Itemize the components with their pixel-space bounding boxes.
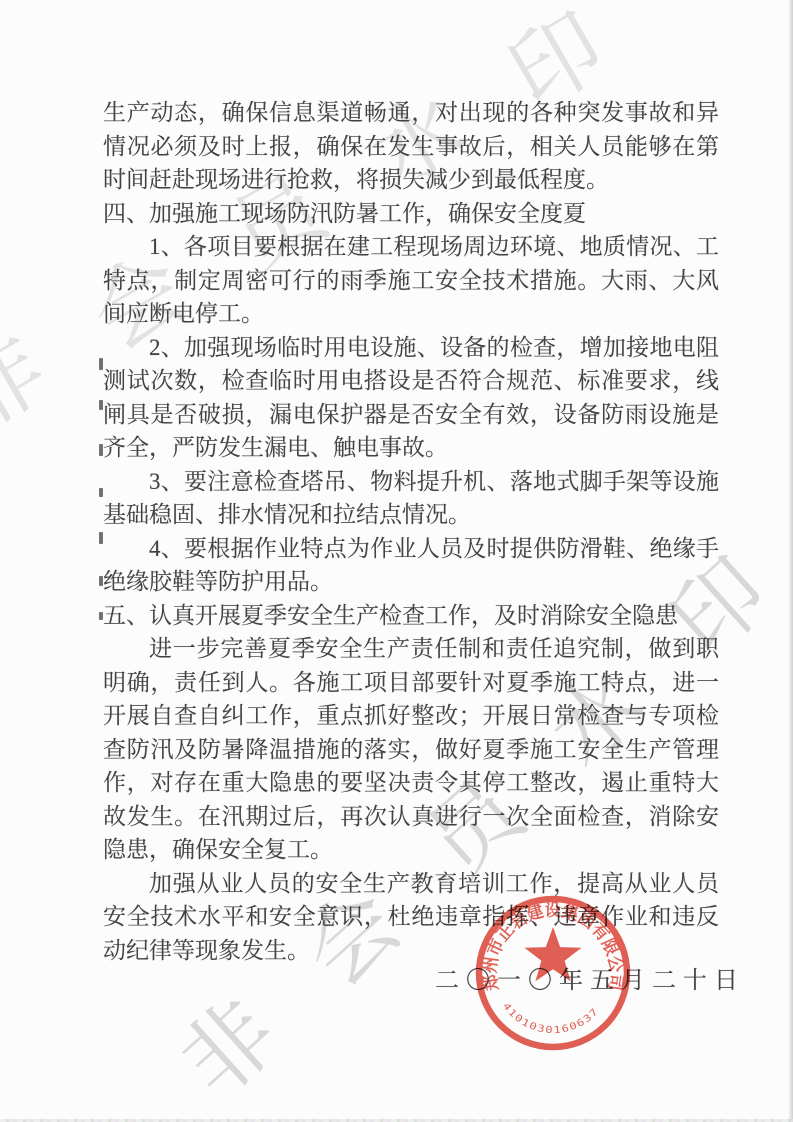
company-seal-stamp: 郑州市正岩建设集团有限公司 4101030160637 [463, 883, 643, 1063]
section-heading-5: 五、认真开展夏季安全生产检查工作，及时消除安全隐患 [103, 599, 719, 633]
scan-artifact [99, 444, 103, 456]
body-line: 3、要注意检查塔吊、物料提升机、落地式脚手架等设施的 [103, 465, 719, 499]
body-line: 明确，责任到人。各施工项目部要针对夏季施工特点，进一步 [103, 666, 719, 700]
scan-artifact [99, 612, 103, 620]
scan-artifact [99, 488, 103, 497]
body-line: 4、要根据作业特点为作业人员及时提供防滑鞋、绝缘手套、 [103, 532, 719, 566]
body-line: 查防汛及防暑降温措施的落实，做好夏季施工安全生产管理工 [103, 733, 719, 767]
body-line: 2、加强现场临时用电设施、设备的检查，增加接地电阻的 [103, 331, 719, 365]
seal-star-icon [525, 927, 582, 981]
body-line: 绝缘胶鞋等防护用品。 [103, 565, 719, 599]
body-line: 隐患，确保安全复工。 [103, 833, 719, 867]
scanned-document-page: 非会员水印 非会员水印 生产动态，确保信息渠道畅通，对出现的各种突发事故和异常 … [0, 0, 793, 1122]
body-line: 生产动态，确保信息渠道畅通，对出现的各种突发事故和异常 [103, 96, 719, 130]
seal-ring [479, 899, 627, 1047]
body-line: 测试次数，检查临时用电搭设是否符合规范、标准要求，线路、 [103, 364, 719, 398]
body-line: 故发生。在汛期过后，再次认真进行一次全面检查，消除安全 [103, 800, 719, 834]
body-line: 开展自查自纠工作，重点抓好整改；开展日常检查与专项检查， [103, 699, 719, 733]
body-line: 基础稳固、排水情况和拉结点情况。 [103, 498, 719, 532]
scan-artifact [99, 576, 103, 586]
body-line: 情况必须及时上报，确保在发生事故后，相关人员能够在第一 [103, 130, 719, 164]
body-line: 闸具是否破损，漏电保护器是否安全有效，设备防雨设施是否 [103, 398, 719, 432]
scan-artifact [99, 532, 103, 544]
seal-serial-number: 4101030160637 [500, 1001, 601, 1036]
section-heading-4: 四、加强施工现场防汛防暑工作，确保安全度夏 [103, 197, 719, 231]
scan-edge-right [789, 0, 793, 1122]
body-line: 齐全，严防发生漏电、触电事故。 [103, 431, 719, 465]
svg-text:4101030160637: 4101030160637 [500, 1001, 601, 1036]
document-body: 生产动态，确保信息渠道畅通，对出现的各种突发事故和异常 情况必须及时上报，确保在… [103, 96, 719, 999]
body-line: 进一步完善夏季安全生产责任制和责任追究制，做到职责 [103, 632, 719, 666]
body-line: 间应断电停工。 [103, 297, 719, 331]
body-line: 时间赶赴现场进行抢救，将损失减少到最低程度。 [103, 163, 719, 197]
body-line: 作，对存在重大隐患的要坚决责令其停工整改，遏止重特大事 [103, 766, 719, 800]
body-line: 特点，制定周密可行的雨季施工安全技术措施。大雨、大风期 [103, 264, 719, 298]
scan-artifact [99, 400, 103, 410]
body-line: 1、各项目要根据在建工程现场周边环境、地质情况、工程 [103, 230, 719, 264]
scan-artifact [99, 358, 103, 370]
